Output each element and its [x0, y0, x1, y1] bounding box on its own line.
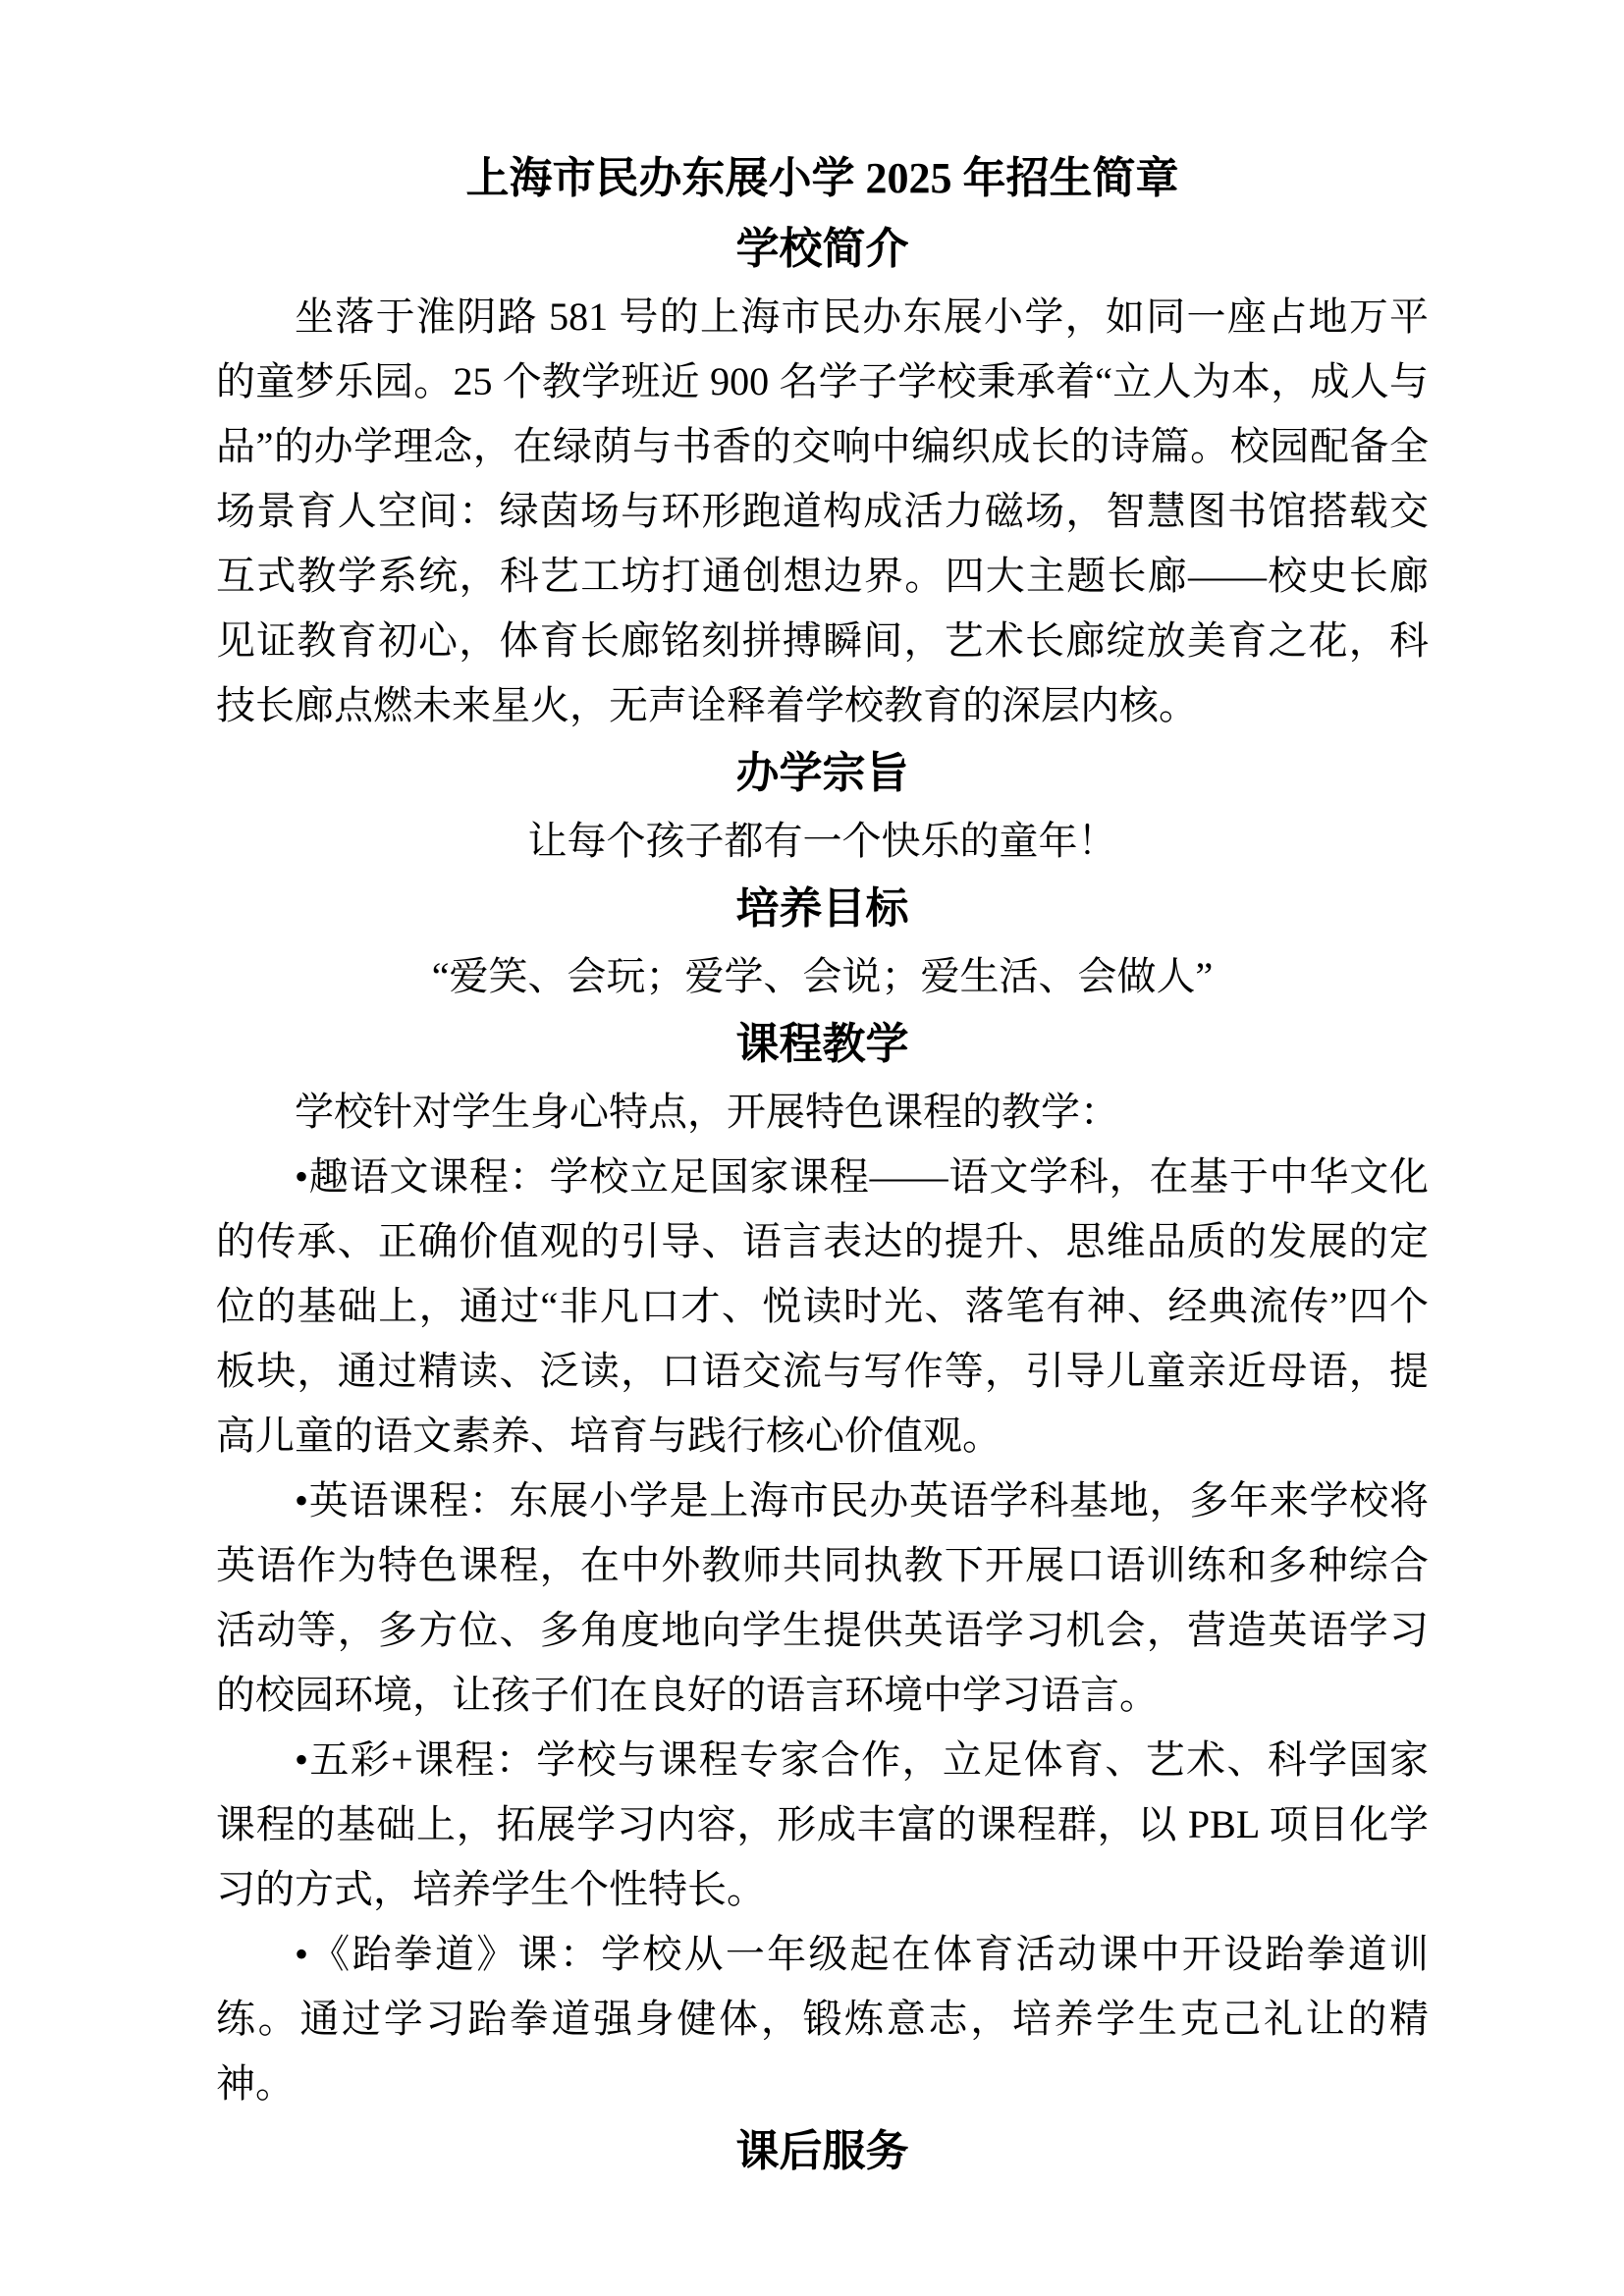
- mission-statement: 让每个孩子都有一个快乐的童年！: [216, 809, 1429, 874]
- document-title: 上海市民办东展小学 2025 年招生简章: [216, 143, 1429, 214]
- heading-curriculum: 课程教学: [216, 1009, 1429, 1080]
- bullet-item-chinese-course: •趣语文课程：学校立足国家课程——语文学科，在基于中华文化的传承、正确价值观的引…: [216, 1145, 1429, 1468]
- paragraph-school-intro: 坐落于淮阴路 581 号的上海市民办东展小学，如同一座占地万平的童梦乐园。25 …: [216, 285, 1429, 738]
- training-goal-text: “爱笑、会玩；爱学、会说；爱生活、会做人”: [216, 944, 1429, 1009]
- document-content: 上海市民办东展小学 2025 年招生简章 学校简介 坐落于淮阴路 581 号的上…: [216, 143, 1429, 2187]
- heading-mission: 办学宗旨: [216, 738, 1429, 809]
- curriculum-intro: 学校针对学生身心特点，开展特色课程的教学：: [216, 1080, 1429, 1145]
- bullet-item-taekwondo-course: •《跆拳道》课：学校从一年级起在体育活动课中开设跆拳道训练。通过学习跆拳道强身健…: [216, 1922, 1429, 2116]
- bullet-icon: •: [295, 1478, 308, 1522]
- heading-after-school-service: 课后服务: [216, 2116, 1429, 2187]
- bullet-icon: •: [295, 1154, 308, 1199]
- document-page: 上海市民办东展小学 2025 年招生简章 学校简介 坐落于淮阴路 581 号的上…: [0, 0, 1624, 2296]
- bullet-text: 趣语文课程：学校立足国家课程——语文学科，在基于中华文化的传承、正确价值观的引导…: [216, 1154, 1429, 1458]
- bullet-icon: •: [295, 1737, 308, 1782]
- bullet-item-english-course: •英语课程：东展小学是上海市民办英语学科基地，多年来学校将英语作为特色课程，在中…: [216, 1468, 1429, 1728]
- heading-school-intro: 学校简介: [216, 214, 1429, 285]
- bullet-text: 英语课程：东展小学是上海市民办英语学科基地，多年来学校将英语作为特色课程，在中外…: [216, 1478, 1429, 1717]
- bullet-text: 五彩+课程：学校与课程专家合作，立足体育、艺术、科学国家课程的基础上，拓展学习内…: [216, 1737, 1429, 1911]
- bullet-icon: •: [295, 1932, 308, 1976]
- heading-training-goal: 培养目标: [216, 874, 1429, 944]
- bullet-item-colorful-course: •五彩+课程：学校与课程专家合作，立足体育、艺术、科学国家课程的基础上，拓展学习…: [216, 1728, 1429, 1922]
- bullet-text: 《跆拳道》课：学校从一年级起在体育活动课中开设跆拳道训练。通过学习跆拳道强身健体…: [216, 1932, 1429, 2106]
